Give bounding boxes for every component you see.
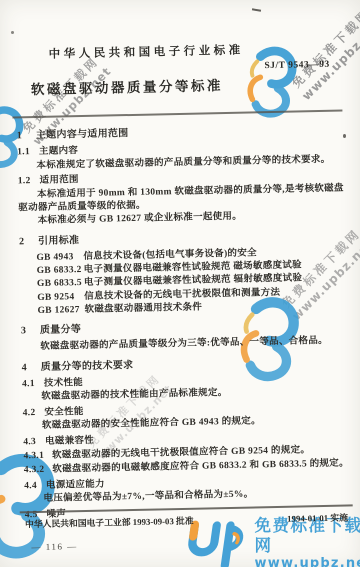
standard-number: SJ/T 9543—93 bbox=[264, 60, 329, 71]
document-body: 1主题内容与适用范围 1.1主题内容 本标准规定了软磁盘驱动器的产品质量分等和质… bbox=[17, 117, 352, 523]
section-number: 1.2 bbox=[18, 175, 31, 189]
scan-artifact bbox=[343, 134, 346, 138]
section-number: 4 bbox=[22, 361, 30, 375]
section-title: 引用标准 bbox=[38, 235, 79, 247]
section-title: 电源适应能力 bbox=[46, 479, 105, 490]
section-number: 4.2 bbox=[23, 407, 36, 421]
standard-org-line: 中华人民共和国电子行业标准 bbox=[23, 41, 269, 62]
section-number: 2 bbox=[19, 235, 27, 249]
reference-code: GB 6833.5 bbox=[37, 277, 84, 291]
section-number: 4.4 bbox=[24, 480, 37, 494]
section-title: 电磁兼容性 bbox=[45, 435, 94, 446]
section-title: 质量分等 bbox=[40, 324, 81, 336]
paragraph: 软磁盘驱动器的产品质量等级分为三等:优等品、一等品、合格品。 bbox=[21, 335, 348, 355]
document-title: 软磁盘驱动器质量分等标准 bbox=[14, 74, 240, 99]
section-title: 主题内容 bbox=[39, 147, 78, 158]
section-1-heading: 1主题内容与适用范围 bbox=[17, 123, 344, 143]
section-2-heading: 2引用标准 bbox=[19, 228, 346, 248]
reference-code: GB 9254 bbox=[37, 291, 84, 305]
section-4-heading: 4质量分等的技术要求 bbox=[22, 354, 349, 374]
section-title: 安全性能 bbox=[44, 407, 83, 418]
section-title: 质量分等的技术要求 bbox=[41, 360, 134, 373]
section-number: 3 bbox=[21, 324, 29, 338]
section-number: 4.3 bbox=[23, 436, 36, 450]
reference-code: GB 4943 bbox=[36, 251, 83, 265]
section-number: 1.1 bbox=[17, 147, 30, 161]
scanned-standard-page: 免费标准下载网 www.upbz.net 免费标准下载网 www.upbz.ne… bbox=[0, 0, 360, 567]
section-title: 主题内容与适用范围 bbox=[36, 128, 129, 141]
scan-artifact bbox=[11, 31, 14, 34]
section-title: 适用范围 bbox=[40, 175, 79, 186]
footer-implementation: 1994-01-01 实施 bbox=[287, 511, 348, 525]
section-title: 技术性能 bbox=[44, 378, 83, 389]
document-scan-layer: 中华人民共和国电子行业标准 SJ/T 9543—93 软磁盘驱动器质量分等标准 … bbox=[0, 0, 360, 567]
page-number: — 116 — bbox=[31, 541, 77, 552]
clause-number: 4.3.1 bbox=[23, 450, 44, 464]
section-number: 1 bbox=[17, 129, 25, 143]
section-3-heading: 3质量分等 bbox=[21, 317, 348, 337]
reference-code: GB 12627 bbox=[37, 304, 84, 318]
reference-code: GB 6833.2 bbox=[37, 264, 84, 278]
clause-number: 4.3.2 bbox=[24, 464, 45, 478]
section-number: 4.1 bbox=[22, 378, 35, 392]
footer-approval: 中华人民共和国电子工业部 1993-09-03 批准 bbox=[25, 514, 194, 531]
